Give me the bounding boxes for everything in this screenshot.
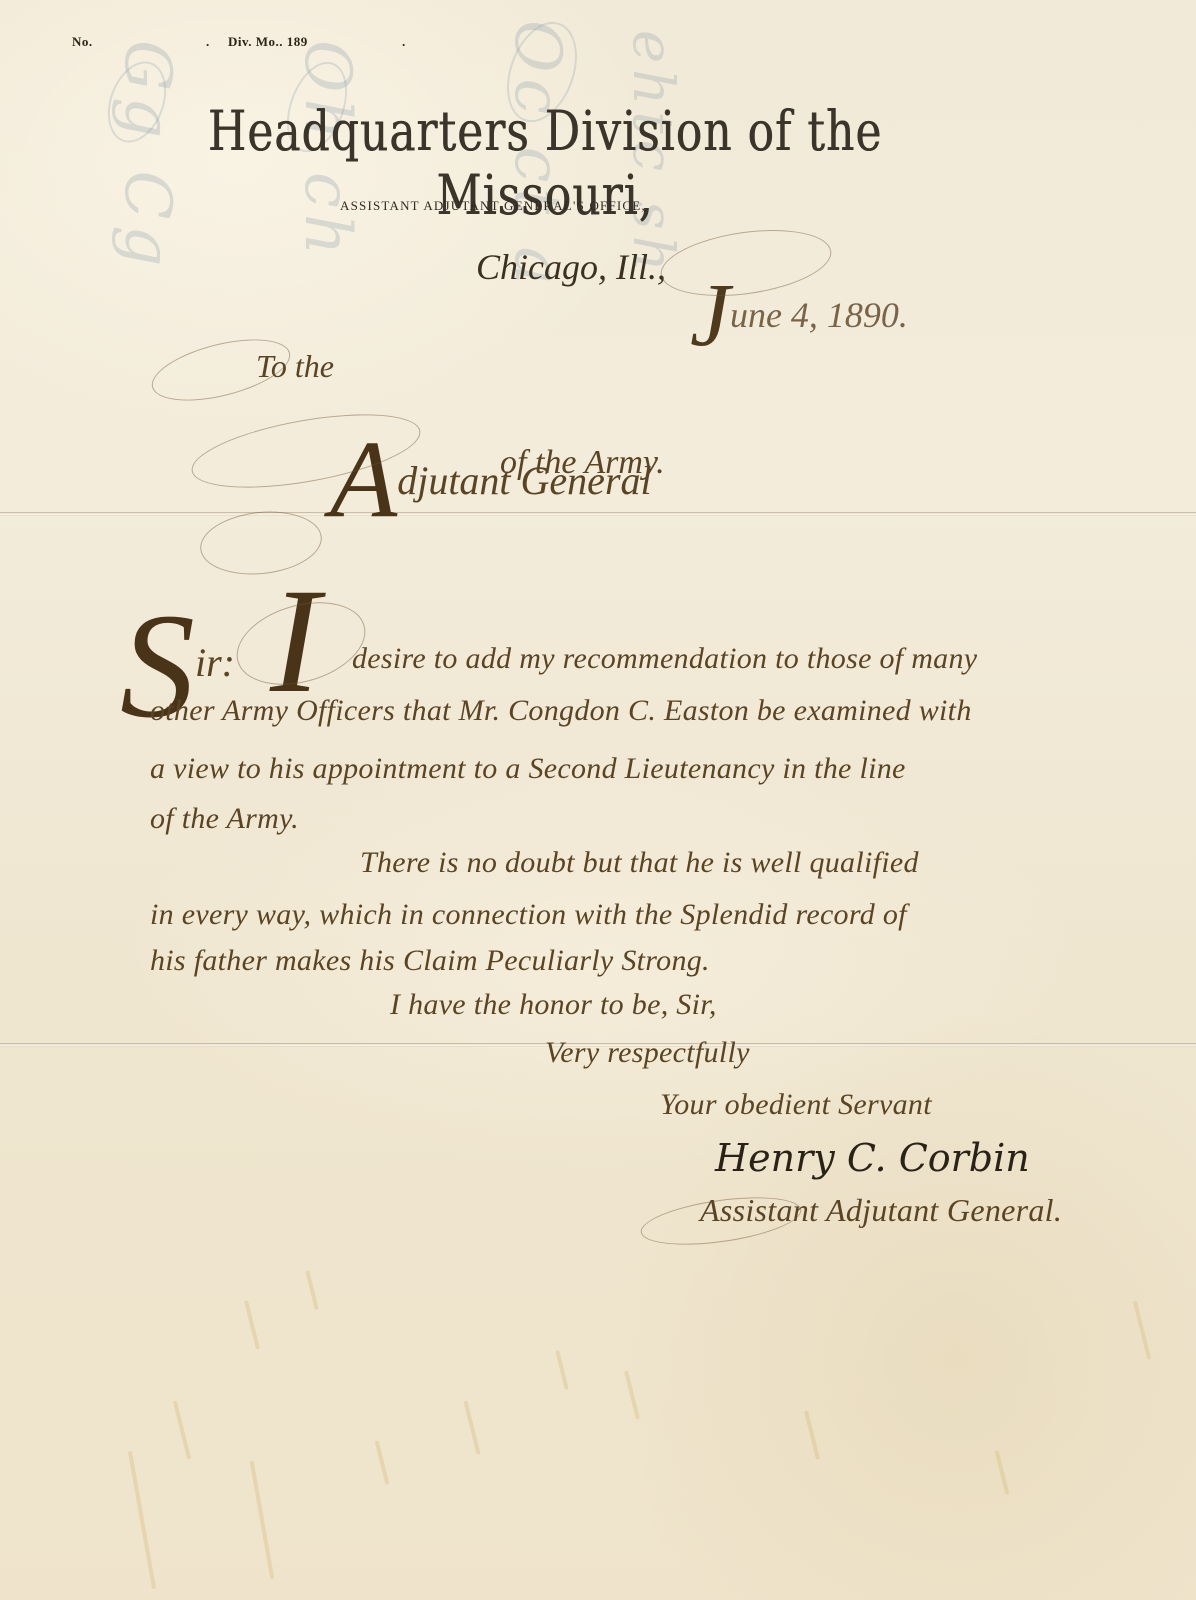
closing-line-3: Your obedient Servant xyxy=(660,1088,932,1122)
addressee-line-3: of the Army. xyxy=(500,444,665,482)
separator-dot: . xyxy=(206,34,210,50)
body-line-2: other Army Officers that Mr. Congdon C. … xyxy=(150,694,972,728)
body-line-1: desire to add my recommendation to those… xyxy=(352,642,977,676)
body-line-6: in every way, which in connection with t… xyxy=(150,898,907,932)
body-line-5: There is no doubt but that he is well qu… xyxy=(360,846,919,880)
date-rest: une 4, 1890. xyxy=(730,295,908,335)
dateline-place: Chicago, Ill., xyxy=(476,246,666,288)
paper-background xyxy=(0,0,1196,1600)
trailing-dot: . xyxy=(402,34,406,50)
signature: Henry C. Corbin xyxy=(715,1136,1030,1180)
division-label: Div. Mo.. 189 xyxy=(228,34,308,50)
letterhead-subtitle: ASSISTANT ADJUTANT GENERAL'S OFFICE, xyxy=(340,198,646,214)
body-line-4: of the Army. xyxy=(150,802,299,836)
closing-line-1: I have the honor to be, Sir, xyxy=(390,988,717,1022)
salutation-rest: ir: xyxy=(195,640,235,685)
closing-line-2: Very respectfully xyxy=(545,1036,750,1070)
number-label: No. xyxy=(72,34,93,50)
body-line-7: his father makes his Claim Peculiarly St… xyxy=(150,944,710,978)
body-line-3: a view to his appointment to a Second Li… xyxy=(150,752,906,786)
